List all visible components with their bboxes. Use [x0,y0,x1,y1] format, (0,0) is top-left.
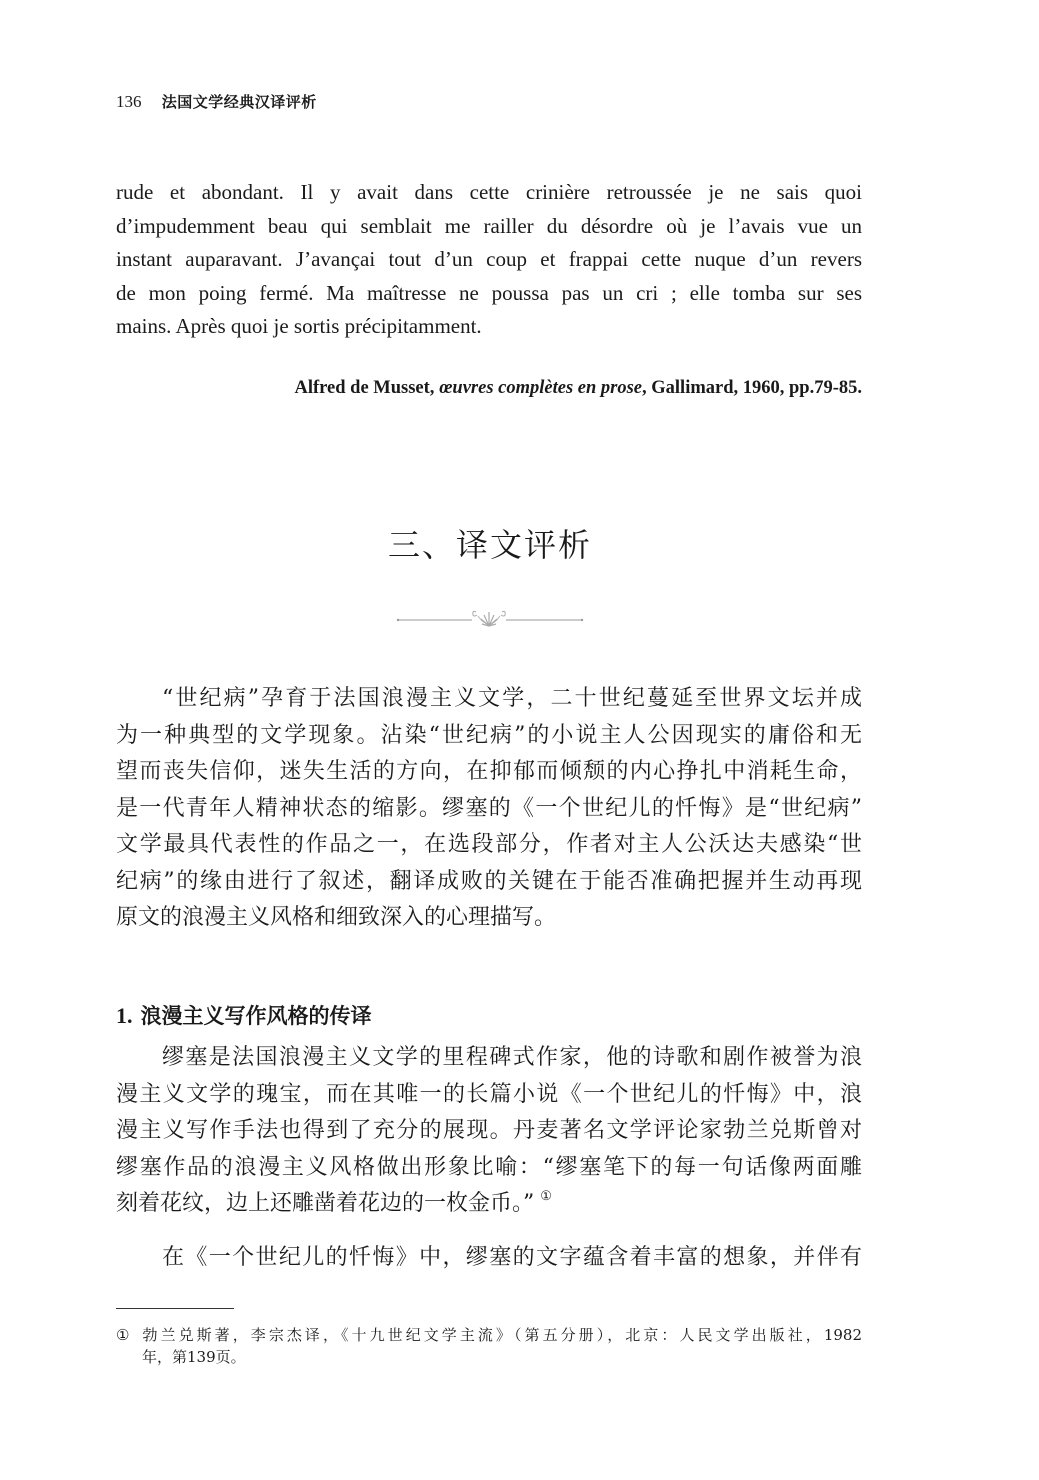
citation-work-title: œuvres complètes en prose [439,378,642,398]
footnote-text: 勃兰兑斯著，李宗杰译，《十九世纪文学主流》（第五分册），北京：人民文学出版社，1… [143,1326,863,1344]
source-citation: Alfred de Musset, œuvres complètes en pr… [295,378,863,399]
footnote-marker: ① [116,1326,133,1344]
book-title: 法国文学经典汉译评析 [162,93,317,111]
footnote-line: ①勃兰兑斯著，李宗杰译，《十九世纪文学主流》（第五分册），北京：人民文学出版社，… [116,1324,862,1346]
subsection-number: 1. [116,1003,133,1028]
paragraph-line: 漫主义文学的瑰宝，而在其唯一的长篇小说《一个世纪儿的忏悔》中，浪 [116,1077,862,1114]
excerpt-line: rude et abondant. Il y avait dans cette … [116,176,862,210]
footnote-reference[interactable]: ① [540,1189,552,1204]
citation-publisher: , Gallimard, 1960, pp.79-85. [642,378,862,398]
paragraph-line: 为一种典型的文学现象。沾染“世纪病”的小说主人公因现实的庸俗和无 [116,718,862,755]
citation-author: Alfred de Musset, [295,378,440,398]
paragraph-line: 缪塞作品的浪漫主义风格做出形象比喻：“缪塞笔下的每一句话像两面雕 [116,1150,862,1187]
running-head: 136 法国文学经典汉译评析 [116,90,317,114]
subsection-title: 浪漫主义写作风格的传译 [141,1004,372,1028]
section-title: 三、译文评析 [0,520,980,566]
page-number: 136 [116,92,142,111]
paragraph-line: 刻着花纹，边上还雕凿着花边的一枚金币。”① [116,1186,862,1223]
paragraph-line: 漫主义写作手法也得到了充分的展现。丹麦著名文学评论家勃兰兑斯曾对 [116,1113,862,1150]
paragraph-line: 原文的浪漫主义风格和细致深入的心理描写。 [116,900,862,937]
excerpt-line: instant auparavant. J’avançai tout d’un … [116,243,862,277]
paragraph-line: 望而丧失信仰，迷失生活的方向，在抑郁而倾颓的内心挣扎中消耗生命， [116,754,862,791]
paragraph-line: “世纪病”孕育于法国浪漫主义文学，二十世纪蔓延至世界文坛并成 [116,681,862,718]
french-excerpt: rude et abondant. Il y avait dans cette … [116,176,862,344]
footnote-divider [116,1308,234,1309]
paragraph-line: 文学最具代表性的作品之一，在选段部分，作者对主人公沃达夫感染“世 [116,827,862,864]
excerpt-line: de mon poing fermé. Ma maîtresse ne pous… [116,277,862,311]
excerpt-line: d’impudemment beau qui semblait me raill… [116,210,862,244]
subsection-paragraph: 在《一个世纪儿的忏悔》中，缪塞的文字蕴含着丰富的想象，并伴有 [116,1240,862,1277]
footnote: ①勃兰兑斯著，李宗杰译，《十九世纪文学主流》（第五分册），北京：人民文学出版社，… [116,1324,862,1368]
subsection-heading: 1.浪漫主义写作风格的传译 [116,1000,372,1032]
subsection-paragraph: 缪塞是法国浪漫主义文学的里程碑式作家，他的诗歌和剧作被誉为浪 漫主义文学的瑰宝，… [116,1040,862,1223]
footnote-line: 年，第139页。 [116,1346,862,1368]
paragraph-line: 缪塞是法国浪漫主义文学的里程碑式作家，他的诗歌和剧作被誉为浪 [116,1040,862,1077]
paragraph-line: 纪病”的缘由进行了叙述，翻译成败的关键在于能否准确把握并生动再现 [116,864,862,901]
paragraph-line: 在《一个世纪儿的忏悔》中，缪塞的文字蕴含着丰富的想象，并伴有 [116,1240,862,1277]
intro-paragraph: “世纪病”孕育于法国浪漫主义文学，二十世纪蔓延至世界文坛并成 为一种典型的文学现… [116,681,862,937]
paragraph-line: 是一代青年人精神状态的缩影。缪塞的《一个世纪儿的忏悔》是“世纪病” [116,791,862,828]
line-text: 刻着花纹，边上还雕凿着花边的一枚金币。” [116,1191,534,1216]
floral-divider-icon [396,604,584,634]
excerpt-line: mains. Après quoi je sortis précipitamme… [116,310,862,344]
